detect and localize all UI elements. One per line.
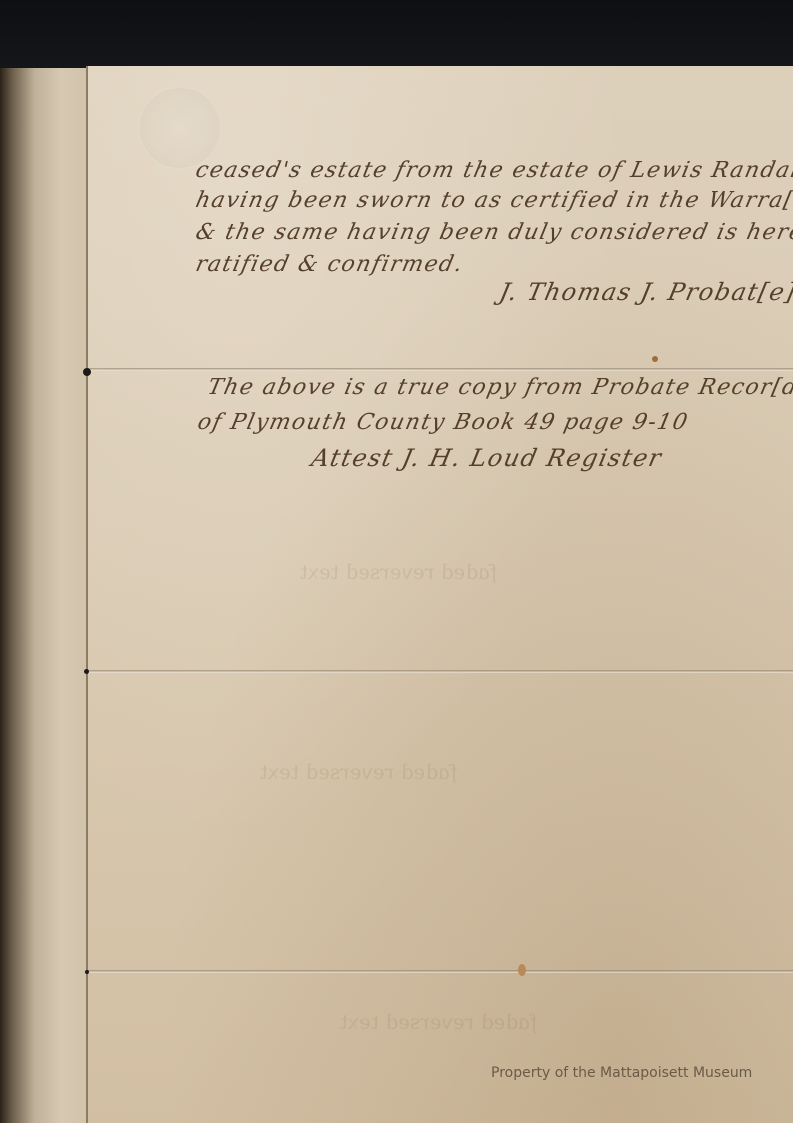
bleed-through-text: faded reversed text <box>337 1010 540 1034</box>
fold-line <box>88 970 793 973</box>
register-attest-signature: Attest J. H. Loud Register <box>309 444 665 472</box>
attestation-line-1: The above is a true copy from Probate Re… <box>205 375 793 400</box>
museum-watermark: Property of the Mattapoisett Museum <box>491 1065 752 1081</box>
fold-hole <box>83 368 91 376</box>
fold-line <box>88 368 793 371</box>
judge-signature: J. Thomas J. Probat[e] <box>497 278 793 306</box>
manuscript-line-1: ceased's estate from the estate of Lewis… <box>193 158 793 183</box>
manuscript-line-2: having been sworn to as certified in the… <box>193 188 793 213</box>
manuscript-line-3: & the same having been duly considered i… <box>193 220 793 245</box>
bleed-through-text: faded reversed text <box>297 560 500 584</box>
adjacent-page-edge <box>0 68 86 1123</box>
scanner-background <box>0 0 793 68</box>
bleed-through-text: faded reversed text <box>257 760 460 784</box>
fold-hole <box>85 970 89 974</box>
stain-spot <box>652 356 658 362</box>
fold-hole <box>84 669 89 674</box>
manuscript-line-4: ratified & confirmed. <box>193 252 466 277</box>
fold-line <box>88 670 793 673</box>
stain-spot <box>518 964 526 976</box>
attestation-line-2: of Plymouth County Book 49 page 9-10 <box>195 410 691 435</box>
